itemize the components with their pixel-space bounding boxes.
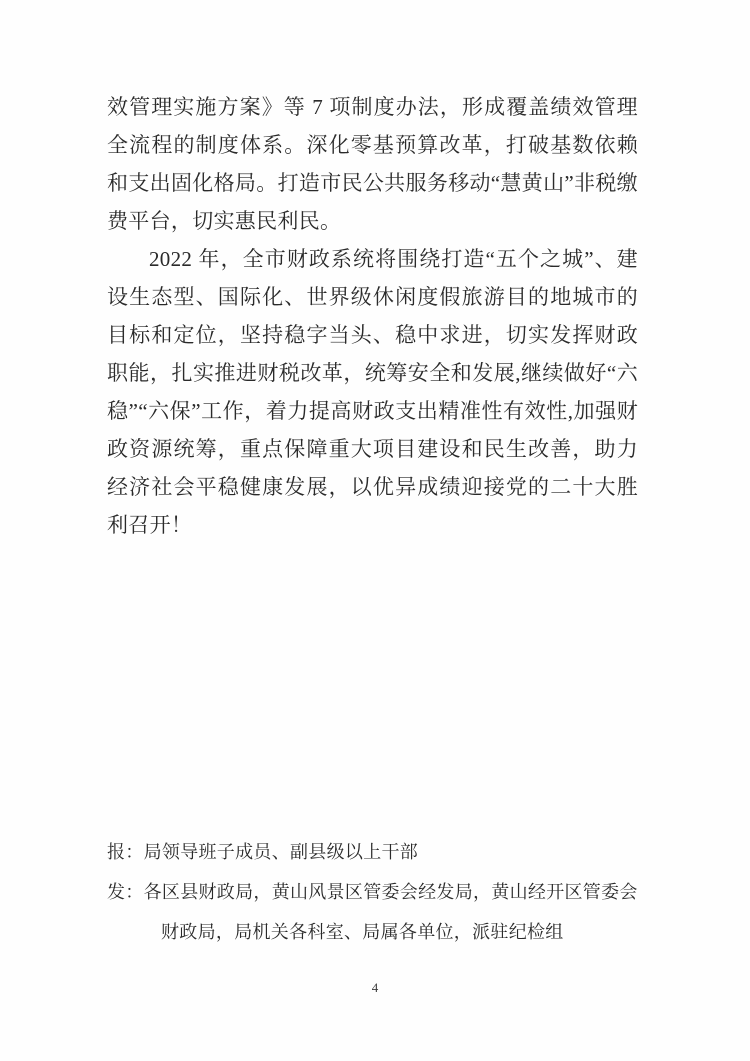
- report-to-line: 报：局领导班子成员、副县级以上干部: [107, 832, 638, 872]
- paragraph-continuation: 效管理实施方案》等 7 项制度办法，形成覆盖绩效管理全流程的制度体系。深化零基预…: [107, 88, 638, 240]
- page-number: 4: [0, 980, 750, 996]
- send-to-line: 发：各区县财政局，黄山风景区管委会经发局，黄山经开区管委会: [107, 872, 638, 912]
- paragraph-2022-outlook: 2022 年，全市财政系统将围绕打造“五个之城”、建设生态型、国际化、世界级休闲…: [107, 240, 638, 544]
- distribution-block: 报：局领导班子成员、副县级以上干部 发：各区县财政局，黄山风景区管委会经发局，黄…: [107, 832, 638, 952]
- document-page: 效管理实施方案》等 7 项制度办法，形成覆盖绩效管理全流程的制度体系。深化零基预…: [0, 0, 750, 1061]
- body-text: 效管理实施方案》等 7 项制度办法，形成覆盖绩效管理全流程的制度体系。深化零基预…: [107, 88, 638, 544]
- send-to-line-continuation: 财政局，局机关各科室、局属各单位，派驻纪检组: [107, 912, 638, 952]
